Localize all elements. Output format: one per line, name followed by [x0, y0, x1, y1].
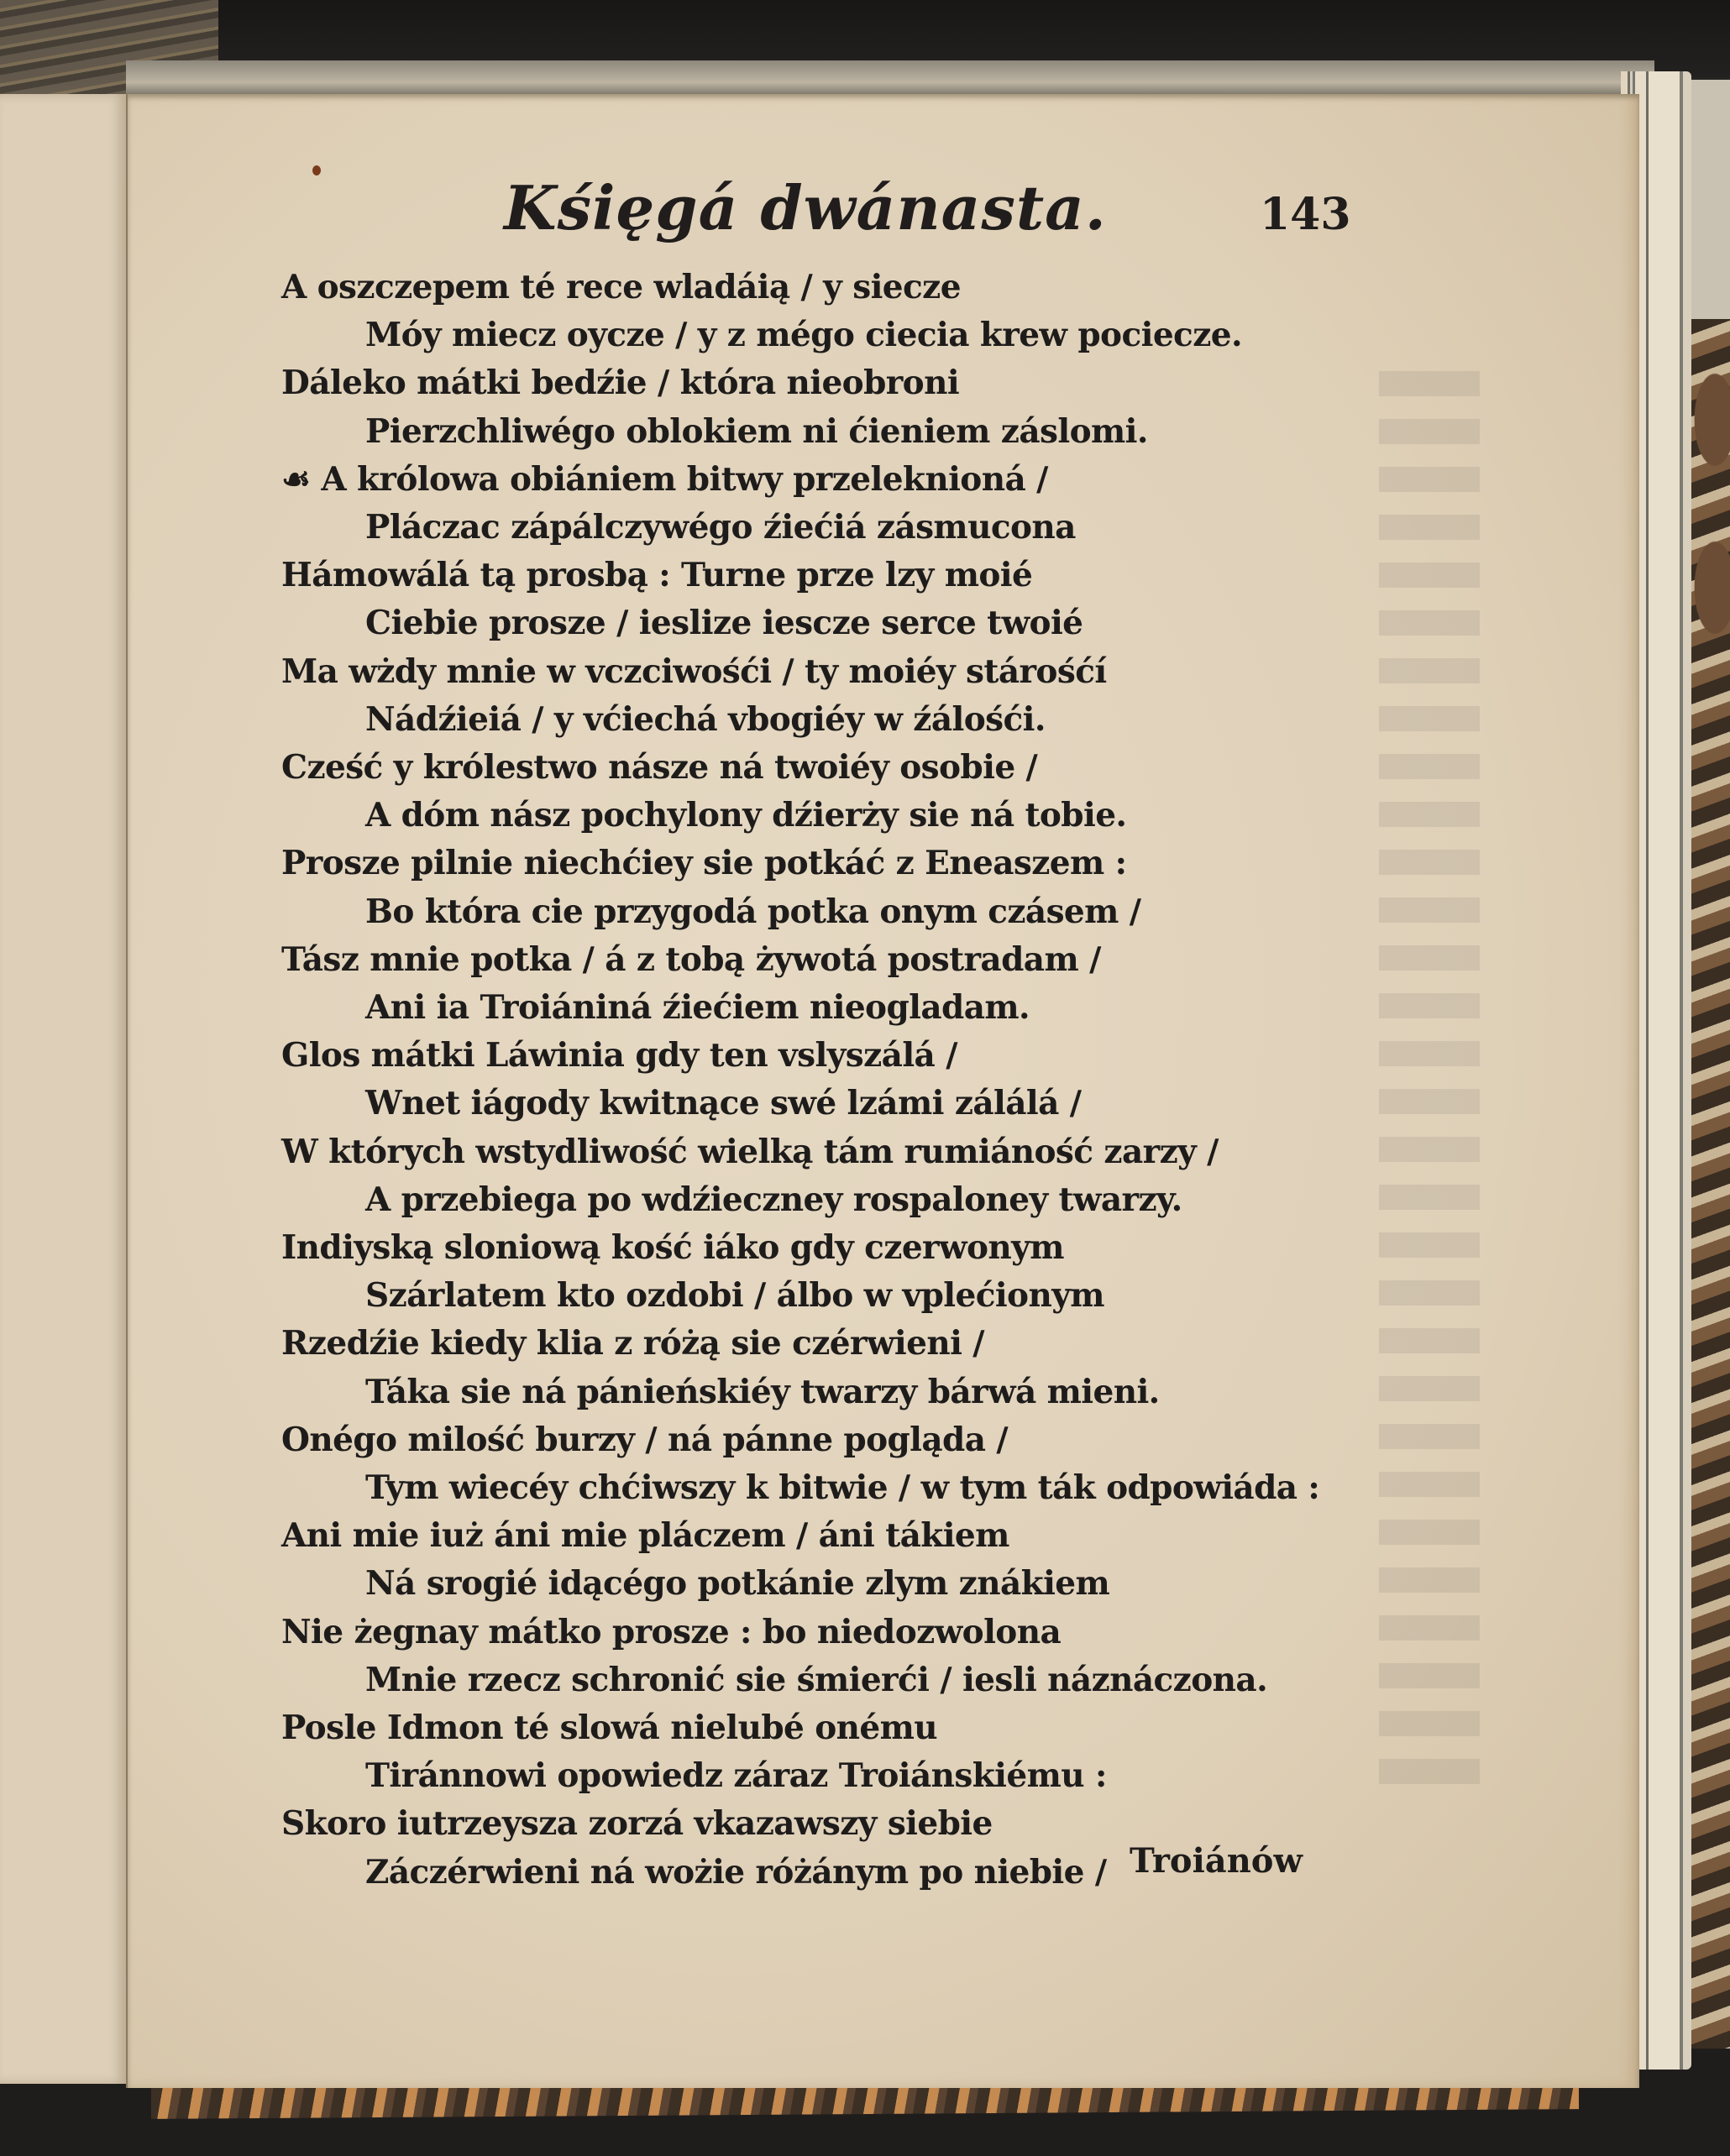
page-text: Kśięgá dwánasta. 143 A oszczepem té rece…: [0, 0, 1730, 2156]
verse-line: Dáleko mátki bedźie / która nieobroni: [281, 363, 959, 403]
verse-line: Ani ia Troiániná źiećiem nieogladam.: [365, 987, 1030, 1028]
verse-line: Ná srogié idącégo potkánie zlym znákiem: [365, 1563, 1109, 1604]
running-head: Kśięgá dwánasta.: [504, 172, 1107, 243]
verse-line: Szárlatem kto ozdobi / álbo w vplećionym: [365, 1275, 1104, 1316]
verse-line: Wnet iágody kwitnące swé lzámi zálálá /: [365, 1083, 1081, 1123]
verse-line: Mnie rzecz schronić sie śmierći / iesli …: [365, 1660, 1267, 1700]
verse-line: Ma wżdy mnie w vczciwośći / ty moiéy stá…: [281, 652, 1107, 692]
verse-line: Posle Idmon té slowá nielubé onému: [281, 1708, 937, 1748]
verse-line: Skoro iutrzeysza zorzá vkazawszy siebie: [281, 1803, 993, 1844]
verse-line: A przebiega po wdźieczney rospaloney twa…: [365, 1180, 1182, 1220]
verse-line: A oszczepem té rece wladáią / y siecze: [281, 267, 961, 307]
verse-line: Záczérwieni ná wożie różánym po niebie /: [365, 1852, 1106, 1892]
verse-line: Tász mnie potka / á z tobą żywotá postra…: [281, 939, 1101, 980]
verse-line: Nie żegnay mátko prosze : bo niedozwolon…: [281, 1612, 1061, 1652]
verse-line: Bo która cie przygodá potka onym czásem …: [365, 892, 1140, 932]
verse-line: Tym wiecéy chćiwszy k bitwie / w tym ták…: [365, 1468, 1319, 1508]
verse-line: Pierzchliwégo oblokiem ni ćieniem záslom…: [365, 411, 1148, 452]
verse-line: ☙ A królowa obiániem bitwy przeleknioná …: [281, 459, 1048, 500]
verse-line: Ani mie iuż áni mie pláczem / áni tákiem: [281, 1515, 1009, 1556]
verse-line: Glos mátki Láwinia gdy ten vslyszálá /: [281, 1035, 957, 1075]
verse-line: Pláczac zápálczywégo źiećiá zásmucona: [365, 507, 1076, 547]
verse-line: W których wstydliwość wielką tám rumiáno…: [281, 1132, 1219, 1172]
verse-line: Tiránnowi opowiedz záraz Troiánskiému :: [365, 1756, 1107, 1796]
verse-line: Onégo milość burzy / ná pánne pogląda /: [281, 1420, 1008, 1460]
verse-line: Prosze pilnie niechćiey sie potkáć z Ene…: [281, 843, 1126, 883]
verse-line: Táka sie ná pánieńskiéy twarzy bárwá mie…: [365, 1372, 1160, 1412]
verse-line: A dóm nász pochylony dźierży sie ná tobi…: [365, 795, 1126, 835]
verse-line: Móy miecz oycze / y z mégo ciecia krew p…: [365, 315, 1242, 355]
verse-line: Cześć y królestwo násze ná twoiéy osobie…: [281, 747, 1037, 788]
page-number: 143: [1260, 189, 1351, 240]
verse-line: Ciebie prosze / ieslize iescze serce two…: [365, 603, 1083, 643]
verse-line: Nádźieiá / y vćiechá vbogiéy w źálośći.: [365, 699, 1046, 740]
verse-line: Indiyską sloniową kość iáko gdy czerwony…: [281, 1227, 1064, 1268]
catchword: Troiánów: [1130, 1841, 1303, 1881]
verse-line: Hámowálá tą prosbą : Turne prze lzy moié: [281, 555, 1032, 595]
verse-line: Rzedźie kiedy klia z różą sie czérwieni …: [281, 1323, 984, 1363]
